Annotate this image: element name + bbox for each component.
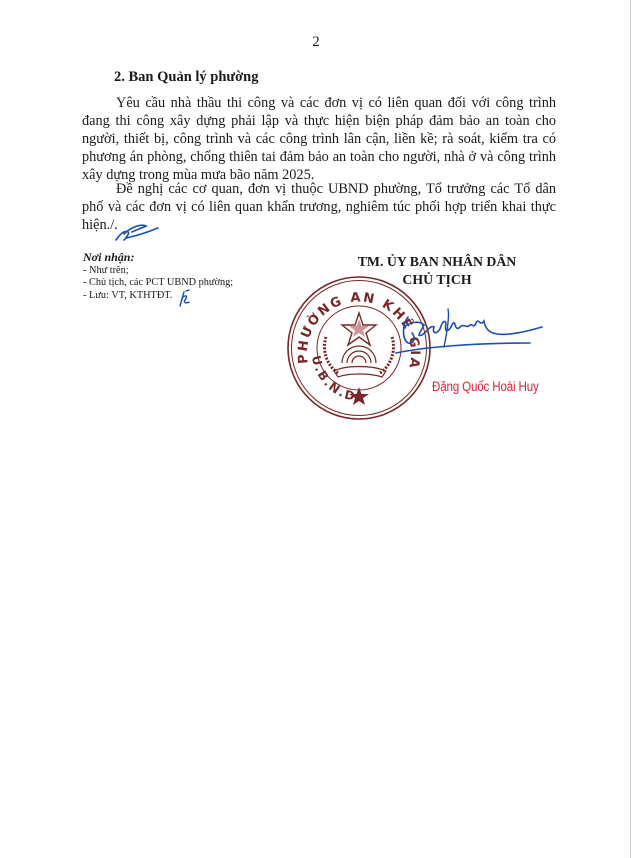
handwritten-signature-icon (394, 303, 544, 363)
recipient-item: - Lưu: VT, KTHTĐT. (83, 290, 233, 303)
section-heading: 2. Ban Quản lý phường (114, 69, 258, 86)
initial-mark-icon (176, 288, 192, 308)
page-edge (630, 0, 631, 858)
recipients-list: Nơi nhận: - Như trên; - Chủ tịch, các PC… (83, 251, 233, 302)
recipients-title: Nơi nhận: (83, 251, 233, 264)
page-number: 2 (0, 34, 632, 51)
recipient-item: - Chủ tịch, các PCT UBND phường; (83, 277, 233, 290)
recipient-item: - Như trên; (83, 265, 233, 278)
signer-name: Đặng Quốc Hoài Huy (432, 379, 539, 394)
signer-org: TM. ỦY BAN NHÂN DÂN (312, 253, 562, 271)
initial-mark-icon (112, 220, 162, 244)
section-paragraph: Yêu cầu nhà thầu thi công và các đơn vị … (82, 94, 556, 184)
svg-text:U.B.N.D: U.B.N.D (309, 354, 358, 404)
